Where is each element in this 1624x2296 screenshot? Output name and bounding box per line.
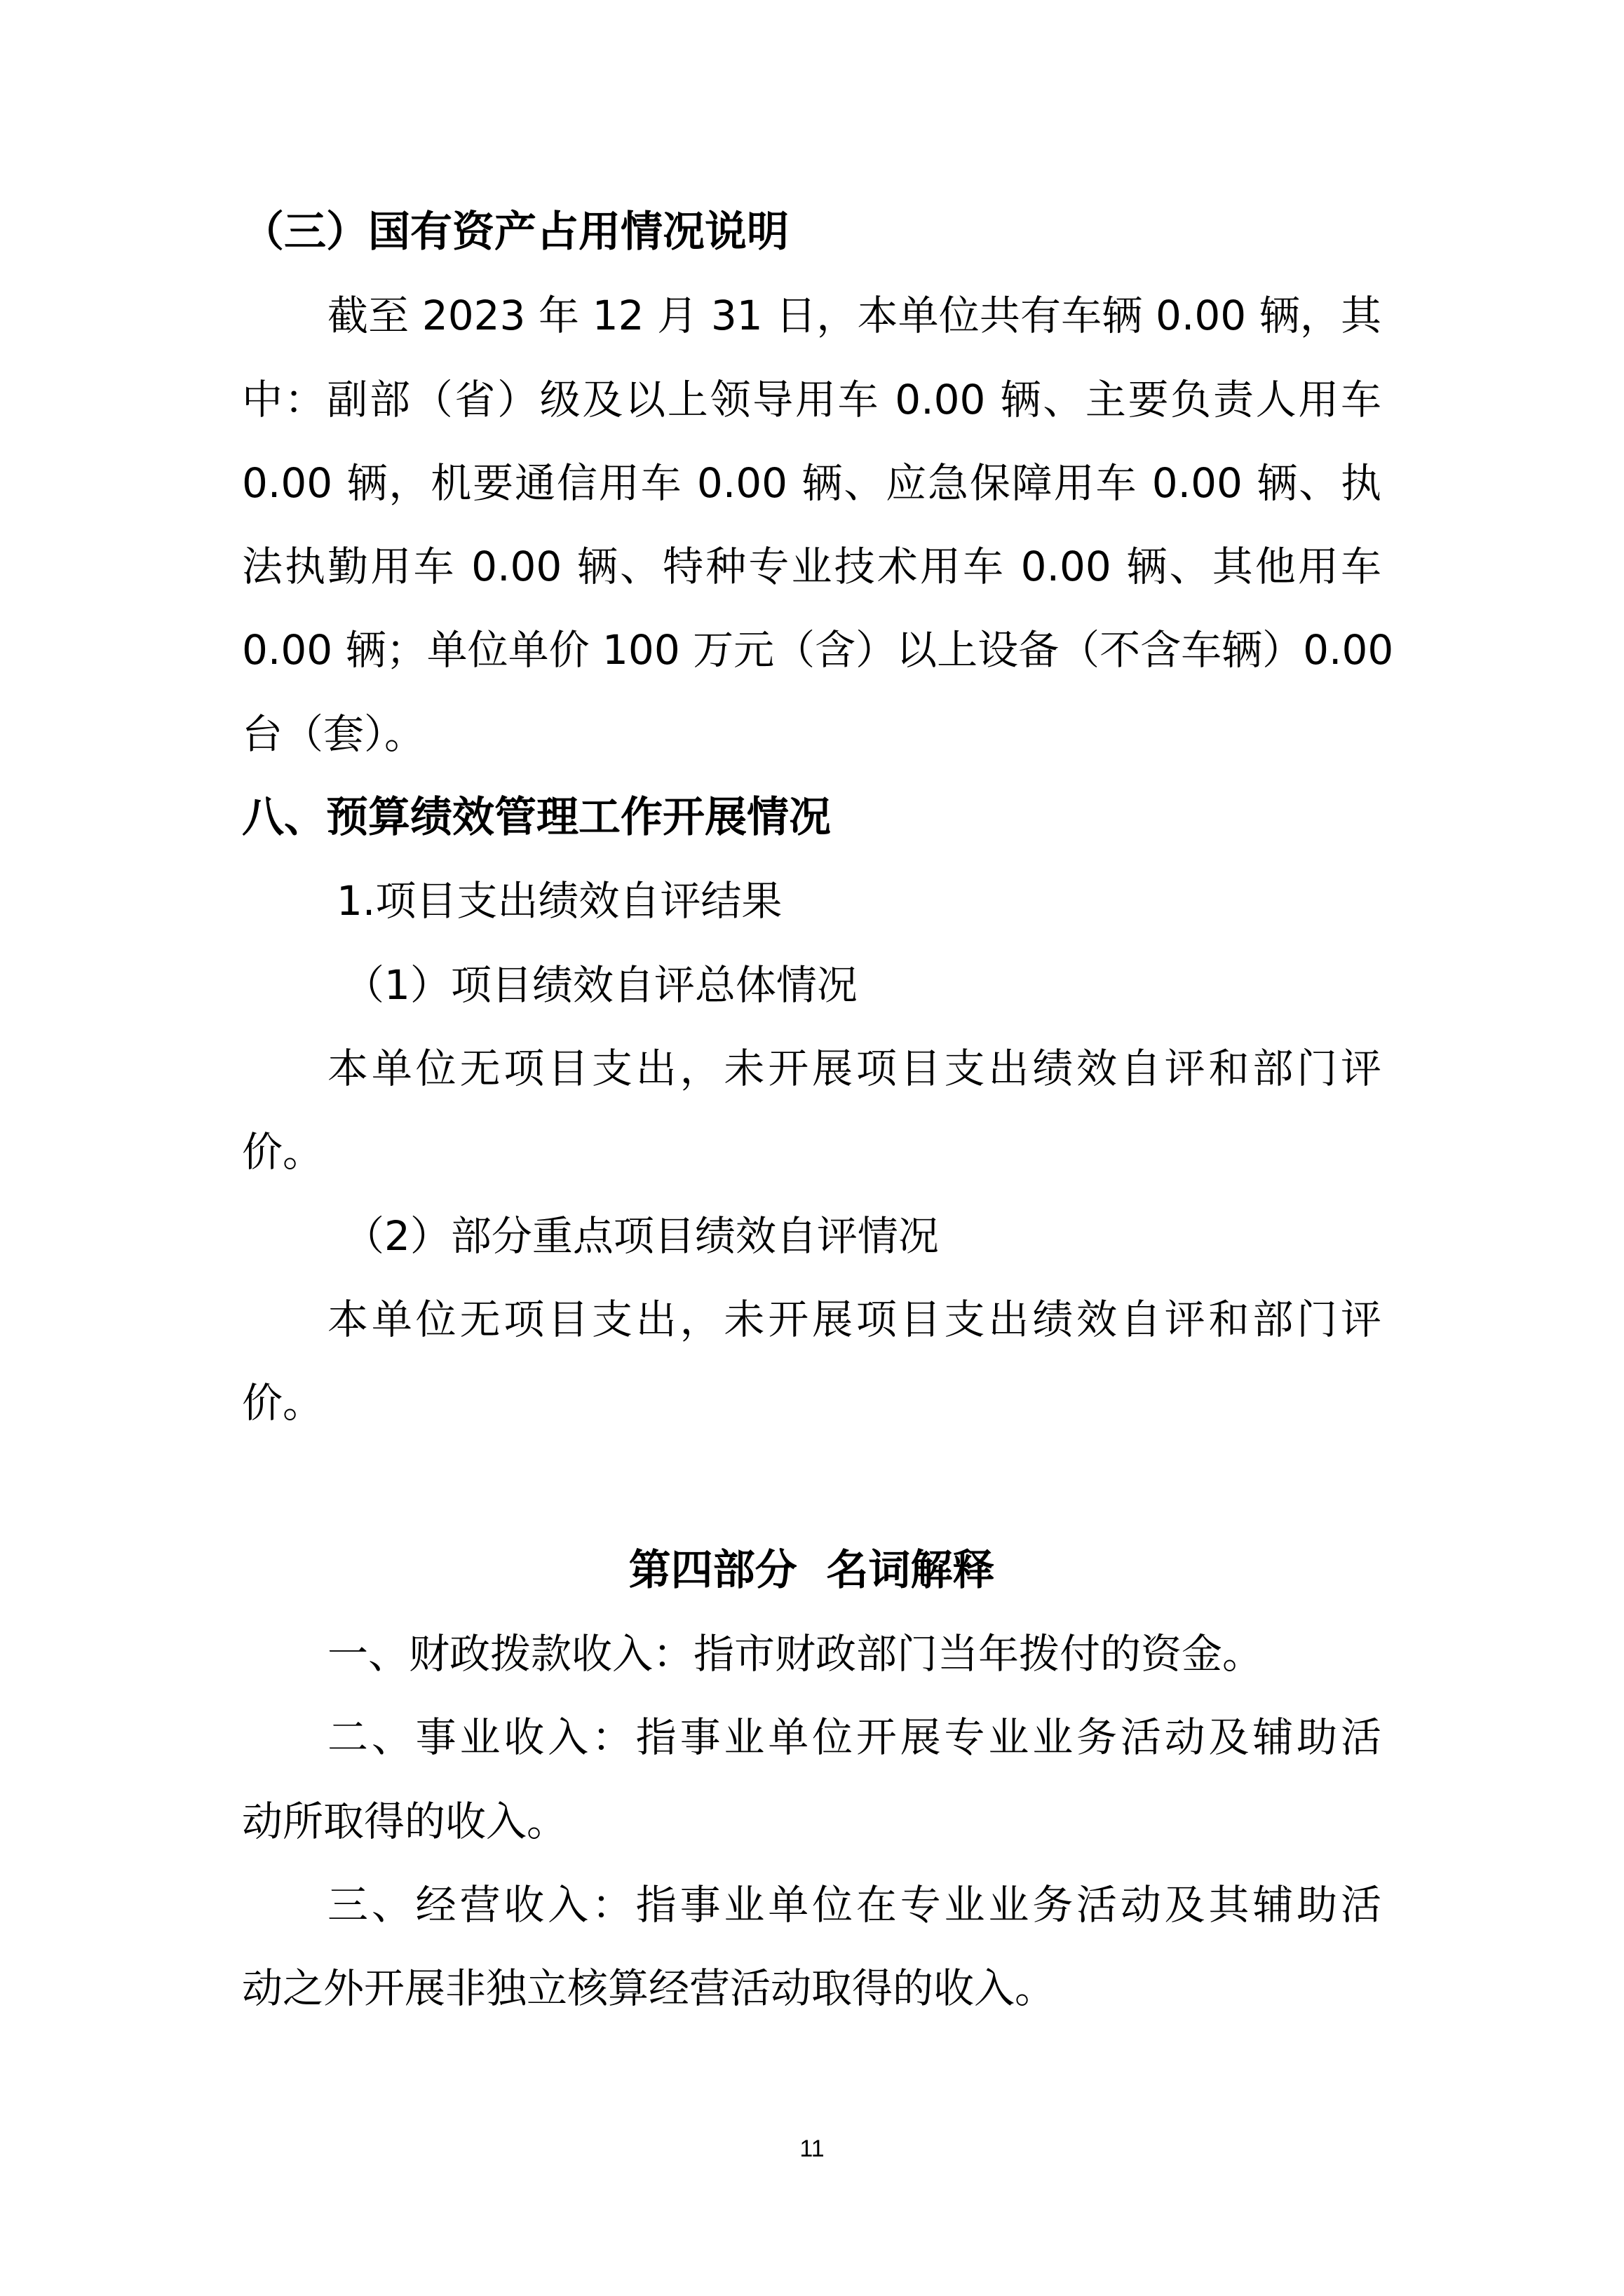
- paragraph-line: 价。: [242, 1361, 1381, 1445]
- paragraph-line: 0.00 辆；单位单价 100 万元（含）以上设备（不含车辆）0.00: [242, 609, 1381, 692]
- definition-fiscal-appropriation: 一、财政拨款收入：指市财政部门当年拨付的资金。: [242, 1612, 1381, 1696]
- definition-line: 动之外开展非独立核算经营活动取得的收入。: [242, 1947, 1381, 2030]
- subitem-title-overall: （1）项目绩效自评总体情况: [242, 944, 1381, 1027]
- section-heading-state-assets: （三）国有资产占用情况说明: [242, 191, 1381, 274]
- definition-line: 动所取得的收入。: [242, 1780, 1381, 1863]
- section-heading-performance-management: 八、预算绩效管理工作开展情况: [242, 776, 1381, 860]
- paragraph-line: 0.00 辆，机要通信用车 0.00 辆、应急保障用车 0.00 辆、执: [242, 442, 1381, 525]
- part-title-glossary: 第四部分 名词解释: [242, 1529, 1381, 1612]
- blank-line: [242, 1445, 1381, 1528]
- subitem-title-key-projects: （2）部分重点项目绩效自评情况: [242, 1195, 1381, 1278]
- definition-line: 三、经营收入：指事业单位在专业业务活动及其辅助活: [242, 1863, 1381, 1947]
- page-content: （三）国有资产占用情况说明 截至 2023 年 12 月 31 日，本单位共有车…: [242, 191, 1381, 2031]
- paragraph-line: 截至 2023 年 12 月 31 日，本单位共有车辆 0.00 辆，其: [242, 274, 1381, 358]
- paragraph-line: 本单位无项目支出，未开展项目支出绩效自评和部门评: [242, 1027, 1381, 1110]
- definition-line: 二、事业收入：指事业单位开展专业业务活动及辅助活: [242, 1696, 1381, 1779]
- page-number: 11: [0, 2135, 1624, 2163]
- document-page: （三）国有资产占用情况说明 截至 2023 年 12 月 31 日，本单位共有车…: [0, 0, 1624, 2296]
- paragraph-line: 台（套）。: [242, 693, 1381, 776]
- item-title-project-self-evaluation: 1.项目支出绩效自评结果: [242, 860, 1381, 943]
- definition-business-income: 二、事业收入：指事业单位开展专业业务活动及辅助活 动所取得的收入。: [242, 1696, 1381, 1863]
- definition-line: 一、财政拨款收入：指市财政部门当年拨付的资金。: [242, 1612, 1381, 1696]
- key-projects-paragraph: 本单位无项目支出，未开展项目支出绩效自评和部门评 价。: [242, 1278, 1381, 1446]
- definition-operating-income: 三、经营收入：指事业单位在专业业务活动及其辅助活 动之外开展非独立核算经营活动取…: [242, 1863, 1381, 2031]
- paragraph-line: 中：副部（省）级及以上领导用车 0.00 辆、主要负责人用车: [242, 358, 1381, 442]
- paragraph-line: 价。: [242, 1110, 1381, 1194]
- asset-paragraph: 截至 2023 年 12 月 31 日，本单位共有车辆 0.00 辆，其 中：副…: [242, 274, 1381, 776]
- paragraph-line: 本单位无项目支出，未开展项目支出绩效自评和部门评: [242, 1278, 1381, 1361]
- overall-evaluation-paragraph: 本单位无项目支出，未开展项目支出绩效自评和部门评 价。: [242, 1027, 1381, 1195]
- paragraph-line: 法执勤用车 0.00 辆、特种专业技术用车 0.00 辆、其他用车: [242, 525, 1381, 609]
